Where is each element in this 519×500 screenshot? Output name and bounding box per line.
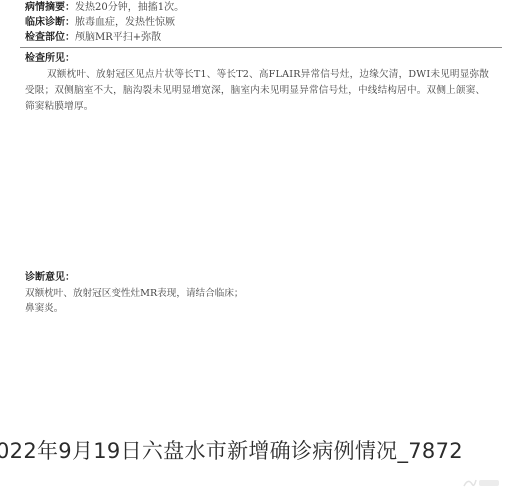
field-label: 病情摘要：: [25, 2, 75, 13]
diagnosis-title: 诊断意见：: [25, 271, 75, 284]
brand-logo-icon: [462, 476, 502, 493]
field-exam-site: 检查部位：颅脑MR平扫+弥散: [25, 31, 161, 44]
medical-report: 病情摘要：发热20分钟，抽搐1次。 临床诊断：脓毒血症，发热性惊厥 检查部位：颅…: [0, 0, 519, 330]
watermark-logo-icon: [462, 476, 502, 490]
field-case-summary: 病情摘要：发热20分钟，抽搐1次。: [25, 1, 184, 14]
field-value: 发热20分钟，抽搐1次。: [75, 2, 184, 13]
divider: [20, 47, 502, 48]
findings-text: 双额枕叶、放射冠区见点片状等长T1、等长T2、高FLAIR异常信号灶，边缘欠清，…: [25, 67, 495, 115]
diagnosis-line: 双额枕叶、放射冠区变性灶MR表现，请结合临床；: [25, 287, 495, 302]
field-label: 检查部位：: [25, 32, 75, 43]
findings-title: 检查所见：: [25, 52, 75, 65]
field-value: 颅脑MR平扫+弥散: [75, 32, 161, 43]
field-label: 临床诊断：: [25, 17, 75, 28]
diagnosis-line: 鼻窦炎。: [25, 302, 495, 317]
diagnosis-text: 双额枕叶、放射冠区变性灶MR表现，请结合临床； 鼻窦炎。: [25, 287, 495, 316]
page-caption: 022年9月19日六盘水市新增确诊病例情况_7872: [0, 436, 519, 466]
field-clinical-diagnosis: 临床诊断：脓毒血症，发热性惊厥: [25, 16, 175, 29]
field-value: 脓毒血症，发热性惊厥: [75, 17, 175, 28]
